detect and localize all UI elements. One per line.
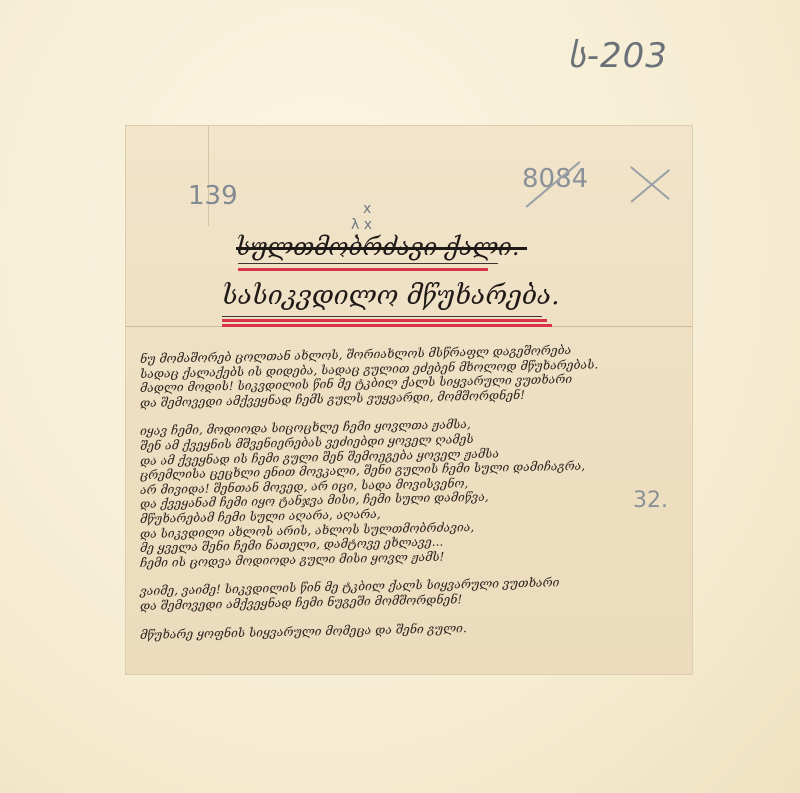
poem-body: ნუ მომაშორებ ცოლთან ახლოს, შორიახლოს მსწ… xyxy=(140,352,680,656)
title-underline-red xyxy=(222,324,552,327)
stanza: მწუხარე ყოფნის სიყვარული მომეცა და შენი … xyxy=(140,628,680,643)
document-title: სასიკვდილო მწუხარება. xyxy=(222,281,560,311)
stanza: ნუ მომაშორებ ცოლთან ახლოს, შორიახლოს მსწ… xyxy=(140,352,680,410)
title-underline-red xyxy=(222,319,547,322)
stanza: იყავ ჩემი, მოდიოდა სიცოცხლე ჩემი ყოვლთა … xyxy=(140,424,680,570)
margin-number: 32. xyxy=(633,488,668,513)
manuscript-sheet: 139 8084 x λ x სულთმობრძავი ქალი. სასიკვ… xyxy=(126,126,692,674)
title-underline-ink xyxy=(238,263,498,264)
title-underline-red xyxy=(238,268,488,271)
poem-line: მწუხარე ყოფნის სიყვარული მომეცა და შენი … xyxy=(140,616,680,642)
proof-mark: λ x xyxy=(351,217,372,233)
struck-title: სულთმობრძავი ქალი. xyxy=(236,233,519,261)
fold-line xyxy=(208,126,209,226)
strikethrough-line xyxy=(236,247,527,250)
title-underline-ink xyxy=(222,316,542,317)
proof-mark: x xyxy=(363,201,372,217)
crossed-out-number: 8084 xyxy=(522,164,588,194)
proof-marks: x λ x xyxy=(351,201,372,233)
stanza: ვაიმე, ვაიმე! სიკვდილის წინ მე ტკბილ ქალ… xyxy=(140,584,680,613)
page-number: 139 xyxy=(188,181,238,211)
archive-catalog-number: ს-203 xyxy=(568,36,668,76)
